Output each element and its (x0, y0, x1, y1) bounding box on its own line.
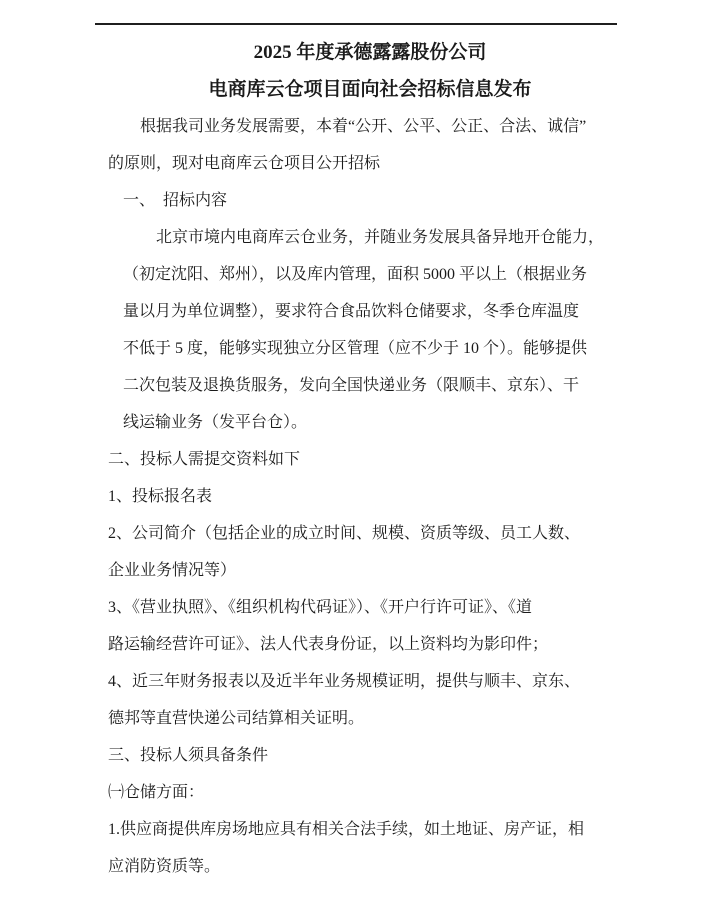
document-body: 2025 年度承德露露股份公司电商库云仓项目面向社会招标信息发布 根据我司业务发… (108, 34, 632, 885)
text-line-12: 2、公司简介（包括企业的成立时间、规模、资质等级、员工人数、 (108, 515, 632, 552)
doc-title-line-2: 电商库云仓项目面向社会招标信息发布 (108, 71, 632, 108)
doc-title-line-1: 2025 年度承德露露股份公司 (108, 34, 632, 71)
document-titles: 2025 年度承德露露股份公司电商库云仓项目面向社会招标信息发布 (108, 34, 632, 108)
text-line-20: 1.供应商提供库房场地应具有相关合法手续，如土地证、房产证，相 (108, 811, 632, 848)
text-line-19: ㈠仓储方面： (108, 774, 632, 811)
text-line-11: 1、投标报名表 (108, 478, 632, 515)
text-line-15: 路运输经营许可证》、法人代表身份证，以上资料均为影印件； (108, 626, 632, 663)
text-line-2: 的原则，现对电商库云仓项目公开招标 (108, 145, 632, 182)
text-line-17: 德邦等直营快递公司结算相关证明。 (108, 700, 632, 737)
text-line-4: 北京市境内电商库云仓业务，并随业务发展具备异地开仓能力， (156, 219, 632, 256)
text-line-7: 不低于 5 度，能够实现独立分区管理（应不少于 10 个）。能够提供 (123, 330, 632, 367)
text-line-1: 根据我司业务发展需要，本着“公开、公平、公正、合法、诚信” (140, 108, 632, 145)
text-line-13: 企业业务情况等） (108, 552, 632, 589)
text-line-21: 应消防资质等。 (108, 848, 632, 885)
text-line-14: 3、《营业执照》、《组织机构代码证》）、《开户行许可证》、《道 (108, 589, 632, 626)
header-rule (95, 23, 617, 25)
text-line-9: 线运输业务（发平台仓）。 (123, 404, 632, 441)
document-paragraphs: 根据我司业务发展需要，本着“公开、公平、公正、合法、诚信”的原则，现对电商库云仓… (108, 108, 632, 885)
text-line-8: 二次包装及退换货服务，发向全国快递业务（限顺丰、京东）、干 (123, 367, 632, 404)
text-line-16: 4、近三年财务报表以及近半年业务规模证明，提供与顺丰、京东、 (108, 663, 632, 700)
text-line-10: 二、投标人需提交资料如下 (108, 441, 632, 478)
text-line-3: 一、 招标内容 (123, 182, 632, 219)
text-line-18: 三、投标人须具备条件 (108, 737, 632, 774)
text-line-6: 量以月为单位调整），要求符合食品饮料仓储要求，冬季仓库温度 (123, 293, 632, 330)
text-line-5: （初定沈阳、郑州），以及库内管理，面积 5000 平以上（根据业务 (123, 256, 632, 293)
document-page: 2025 年度承德露露股份公司电商库云仓项目面向社会招标信息发布 根据我司业务发… (0, 0, 703, 901)
